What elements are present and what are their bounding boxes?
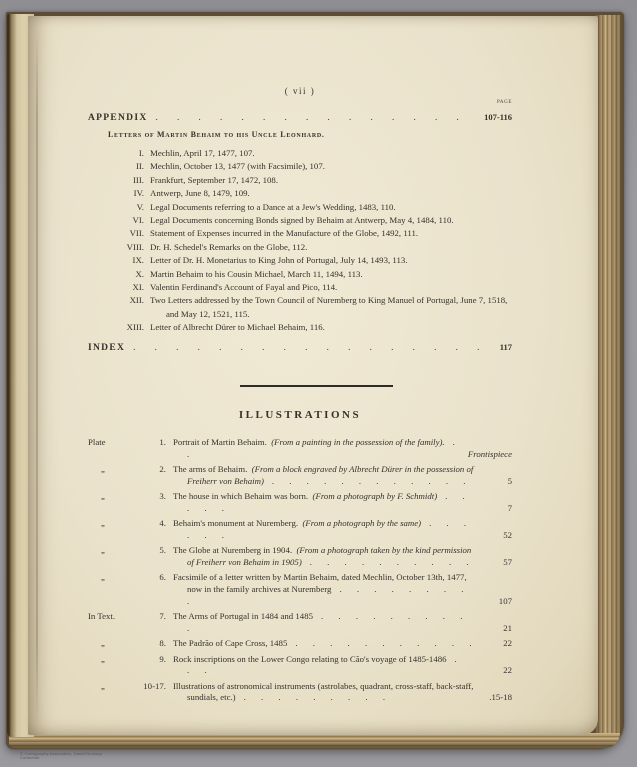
- illustration-text: The arms of Behaim.: [173, 464, 247, 474]
- illustration-caption: The arms of Behaim. (From a block engrav…: [173, 464, 474, 487]
- illustration-text: Rock inscriptions on the Lower Congo rel…: [173, 654, 447, 664]
- illustration-text: Behaim's monument at Nuremberg.: [173, 518, 298, 528]
- letter-text: Mechlin, April 17, 1477, 107.: [150, 147, 512, 160]
- leader-dots: . . . . . . . . . . . . . . . . . . . . …: [155, 112, 476, 122]
- letter-text: Dr. H. Schedel's Remarks on the Globe, 1…: [150, 241, 512, 254]
- section-divider-rule: [240, 385, 393, 387]
- letter-item: IV.Antwerp, June 8, 1479, 109.: [88, 187, 512, 200]
- letter-item: XII.Two Letters addressed by the Town Co…: [88, 294, 512, 321]
- letter-text: Legal Documents concerning Bonds signed …: [150, 214, 512, 227]
- index-entry: INDEX . . . . . . . . . . . . . . . . . …: [88, 342, 512, 353]
- illustration-item: „2.The arms of Behaim. (From a block eng…: [88, 464, 512, 487]
- letter-text: Frankfurt, September 17, 1472, 108.: [150, 174, 512, 187]
- illustration-group-label: „: [88, 545, 134, 557]
- illustration-item: „10-17.Illustrations of astronomical ins…: [88, 681, 512, 704]
- page-column-label: PAGE: [88, 100, 512, 105]
- letter-item: IX.Letter of Dr. H. Monetarius to King J…: [88, 254, 512, 267]
- letter-text: Mechlin, October 13, 1477 (with Facsimil…: [150, 160, 512, 173]
- leader-dots: . . . . . . . . . .: [302, 557, 469, 567]
- letter-numeral: X.: [88, 268, 150, 281]
- illustration-caption: Behaim's monument at Nuremberg. (From a …: [173, 518, 474, 541]
- illustration-page: 7: [478, 503, 512, 515]
- illustration-number: 9.: [134, 654, 166, 666]
- illustration-caption: The house in which Behaim was born. (Fro…: [173, 491, 474, 514]
- letter-text: Letter of Dr. H. Monetarius to King John…: [150, 254, 512, 267]
- letters-heading: Letters of Martin Behaim to his Uncle Le…: [108, 130, 512, 139]
- illustration-number: 5.: [134, 545, 166, 557]
- illustration-text: Portrait of Martin Behaim.: [173, 437, 267, 447]
- illustration-page: 21: [478, 623, 512, 635]
- illustration-caption: The Padrão of Cape Cross, 1485. . . . . …: [173, 638, 474, 650]
- letter-item: XI.Valentin Ferdinand's Account of Fayal…: [88, 281, 512, 294]
- illustration-group-label: „: [88, 638, 134, 650]
- illustration-item: Plate1.Portrait of Martin Behaim. (From …: [88, 437, 512, 460]
- letter-text: Two Letters addressed by the Town Counci…: [150, 294, 512, 321]
- appendix-entry: APPENDIX . . . . . . . . . . . . . . . .…: [88, 112, 512, 123]
- letter-item: I.Mechlin, April 17, 1477, 107.: [88, 147, 512, 160]
- illustration-text: The Arms of Portugal in 1484 and 1485: [173, 611, 313, 621]
- illustration-page: 57: [478, 557, 512, 569]
- letter-numeral: VIII.: [88, 241, 150, 254]
- letter-item: X.Martin Behaim to his Cousin Michael, M…: [88, 268, 512, 281]
- letter-numeral: II.: [88, 160, 150, 173]
- illustration-group-label: In Text.: [88, 611, 134, 623]
- letter-text: Antwerp, June 8, 1479, 109.: [150, 187, 512, 200]
- letter-numeral: IX.: [88, 254, 150, 267]
- illustration-item: „5.The Globe at Nuremberg in 1904. (From…: [88, 545, 512, 568]
- leader-dots: . . . . . . . . . . . .: [264, 476, 466, 486]
- illustration-page: 22: [478, 665, 512, 677]
- illustration-group-label: „: [88, 572, 134, 584]
- folio-number: ( vii ): [88, 86, 512, 96]
- illustration-number: 3.: [134, 491, 166, 503]
- leader-dots: . . . . . . . . .: [236, 692, 385, 702]
- illustrations-list: Plate1.Portrait of Martin Behaim. (From …: [88, 437, 512, 708]
- illustration-item: „9.Rock inscriptions on the Lower Congo …: [88, 654, 512, 677]
- letter-item: V.Legal Documents referring to a Dance a…: [88, 201, 512, 214]
- leader-dots: . . . . . . . . . . .: [287, 638, 471, 648]
- illustration-number: 6.: [134, 572, 166, 584]
- illustration-number: 2.: [134, 464, 166, 476]
- letter-numeral: V.: [88, 201, 150, 214]
- illustration-caption: Facsimile of a letter written by Martin …: [173, 572, 474, 607]
- appendix-title: APPENDIX: [88, 113, 147, 123]
- illustration-group-label: Plate: [88, 437, 134, 449]
- letter-numeral: XIII.: [88, 321, 150, 334]
- letters-list: I.Mechlin, April 17, 1477, 107.II.Mechli…: [88, 147, 512, 335]
- illustration-source: (From a photograph by the same): [302, 518, 421, 528]
- letter-numeral: I.: [88, 147, 150, 160]
- letter-item: VIII.Dr. H. Schedel's Remarks on the Glo…: [88, 241, 512, 254]
- illustration-source: (From a painting in the possession of th…: [271, 437, 444, 447]
- letter-item: II.Mechlin, October 13, 1477 (with Facsi…: [88, 160, 512, 173]
- illustration-page: 5: [478, 476, 512, 488]
- letter-numeral: XII.: [88, 294, 150, 321]
- illustration-source: (From a photograph by F. Schmidt): [313, 491, 438, 501]
- printed-text-layer: ( vii ) PAGE APPENDIX . . . . . . . . . …: [0, 0, 637, 767]
- index-page: 117: [500, 342, 512, 352]
- illustration-number: 8.: [134, 638, 166, 650]
- leader-dots: . . . . . . . . . . . . . . . . . . . . …: [133, 342, 492, 352]
- illustration-page: .15-18: [478, 692, 512, 704]
- letter-item: VI.Legal Documents concerning Bonds sign…: [88, 214, 512, 227]
- illustration-number: 7.: [134, 611, 166, 623]
- illustration-number: 4.: [134, 518, 166, 530]
- illustration-text: The house in which Behaim was born.: [173, 491, 308, 501]
- letter-text: Statement of Expenses incurred in the Ma…: [150, 227, 512, 240]
- illustration-item: „8.The Padrão of Cape Cross, 1485. . . .…: [88, 638, 512, 650]
- letter-text: Letter of Albrecht Dürer to Michael Beha…: [150, 321, 512, 334]
- illustration-number: 1.: [134, 437, 166, 449]
- illustration-page: Frontispiece: [468, 449, 512, 461]
- illustration-caption: Portrait of Martin Behaim. (From a paint…: [173, 437, 464, 460]
- letter-text: Martin Behaim to his Cousin Michael, Mar…: [150, 268, 512, 281]
- illustration-caption: Illustrations of astronomical instrument…: [173, 681, 474, 704]
- illustration-group-label: „: [88, 518, 134, 530]
- illustration-text: The Globe at Nuremberg in 1904.: [173, 545, 292, 555]
- letter-numeral: VII.: [88, 227, 150, 240]
- illustrations-title: ILLUSTRATIONS: [88, 409, 512, 421]
- illustration-caption: Rock inscriptions on the Lower Congo rel…: [173, 654, 474, 677]
- illustration-page: 22: [478, 638, 512, 650]
- letter-numeral: XI.: [88, 281, 150, 294]
- letter-item: III.Frankfurt, September 17, 1472, 108.: [88, 174, 512, 187]
- letter-text: Valentin Ferdinand's Account of Fayal an…: [150, 281, 512, 294]
- illustration-text: The Padrão of Cape Cross, 1485: [173, 638, 287, 648]
- letter-numeral: IV.: [88, 187, 150, 200]
- collection-watermark: © Cartography Associates, David Rumsey C…: [20, 752, 120, 760]
- illustration-group-label: „: [88, 654, 134, 666]
- appendix-pages: 107-116: [484, 112, 512, 122]
- illustration-item: In Text.7.The Arms of Portugal in 1484 a…: [88, 611, 512, 634]
- letter-item: XIII.Letter of Albrecht Dürer to Michael…: [88, 321, 512, 334]
- illustration-number: 10-17.: [134, 681, 166, 693]
- illustration-group-label: „: [88, 681, 134, 693]
- illustration-page: 107: [478, 596, 512, 608]
- letter-text: Legal Documents referring to a Dance at …: [150, 201, 512, 214]
- letter-item: VII.Statement of Expenses incurred in th…: [88, 227, 512, 240]
- illustration-group-label: „: [88, 464, 134, 476]
- illustration-group-label: „: [88, 491, 134, 503]
- illustration-caption: The Arms of Portugal in 1484 and 1485. .…: [173, 611, 474, 634]
- illustration-page: 52: [478, 530, 512, 542]
- illustration-item: „6.Facsimile of a letter written by Mart…: [88, 572, 512, 607]
- letter-numeral: III.: [88, 174, 150, 187]
- letter-numeral: VI.: [88, 214, 150, 227]
- illustration-item: „3.The house in which Behaim was born. (…: [88, 491, 512, 514]
- illustration-item: „4.Behaim's monument at Nuremberg. (From…: [88, 518, 512, 541]
- index-title: INDEX: [88, 343, 125, 353]
- illustration-caption: The Globe at Nuremberg in 1904. (From a …: [173, 545, 474, 568]
